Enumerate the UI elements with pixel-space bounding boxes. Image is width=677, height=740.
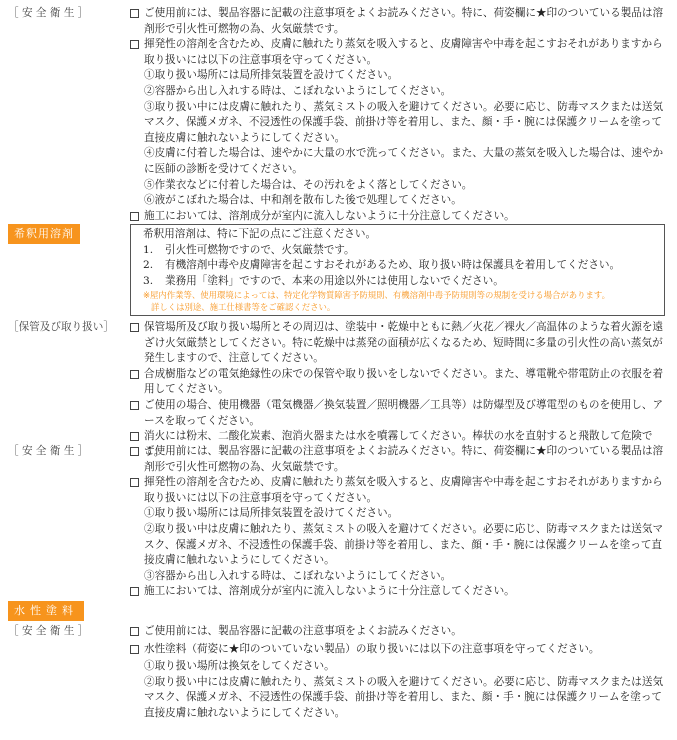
list-item: 保管場所及び取り扱い場所とその周辺は、塗装中・乾燥中ともに熱／火花／裸火／高温体… bbox=[130, 320, 671, 367]
section-tag: 水性塗料 bbox=[8, 601, 84, 621]
storage-section: ［保管及び取り扱い］ 保管場所及び取り扱い場所とその周辺は、塗装中・乾燥中ともに… bbox=[0, 320, 677, 460]
checkbox-icon bbox=[130, 367, 144, 398]
checkbox-icon bbox=[130, 584, 144, 602]
checkbox-icon bbox=[130, 624, 144, 642]
list-item: ご使用前には、製品容器に記載の注意事項をよくお読みください。特に、荷姿欄に★印の… bbox=[130, 444, 671, 475]
notice-intro: 希釈用溶剤は、特に下記の点にご注意ください。 bbox=[143, 227, 656, 243]
list-item: 揮発性の溶剤を含むため、皮膚に触れたり蒸気を吸入すると、皮膚障害や中毒を起こすお… bbox=[130, 37, 671, 68]
checkbox-icon bbox=[130, 6, 144, 37]
list-item: ご使用前には、製品容器に記載の注意事項をよくお読みください。 bbox=[130, 624, 671, 642]
sub-item: ⑤作業衣などに付着した場合は、その汚れをよく落としてください。 bbox=[130, 178, 671, 194]
sub-item: ①取り扱い場所には局所排気装置を設けてください。 bbox=[130, 68, 671, 84]
section-label: ［保管及び取り扱い］ bbox=[0, 320, 130, 336]
section-tag: 希釈用溶剤 bbox=[8, 224, 80, 244]
sub-item: ①取り扱い場所には局所排気装置を設けてください。 bbox=[130, 506, 671, 522]
checkbox-icon bbox=[130, 398, 144, 429]
section-label: ［ 安 全 衛 生 ］ bbox=[0, 444, 130, 460]
list-item: ご使用の場合、使用機器（電気機器／換気装置／照明機器／工具等）は防爆型及び導電型… bbox=[130, 398, 671, 429]
section-label: ［ 安 全 衛 生 ］ bbox=[0, 624, 130, 640]
checkbox-icon bbox=[130, 320, 144, 367]
water-based-section: 水性塗料 ［ 安 全 衛 生 ］ ご使用前には、製品容器に記載の注意事項をよくお… bbox=[0, 601, 677, 722]
checkbox-icon bbox=[130, 642, 144, 660]
list-item: 水性塗料（荷姿に★印のついていない製品）の取り扱いには以下の注意事項を守ってくだ… bbox=[130, 642, 671, 660]
thinner-section: 希釈用溶剤 希釈用溶剤は、特に下記の点にご注意ください。 1.引火性可燃物ですの… bbox=[0, 224, 677, 316]
sub-item: ③容器から出し入れする時は、こぼれないようにしてください。 bbox=[130, 569, 671, 585]
sub-item: ①取り扱い場所は換気をしてください。 bbox=[130, 659, 671, 675]
notice-point: 1.引火性可燃物ですので、火気厳禁です。 bbox=[143, 243, 656, 259]
list-item: 合成樹脂などの電気絶縁性の床での保管や取り扱いをしないでください。また、導電靴や… bbox=[130, 367, 671, 398]
safety-section-1: ［ 安 全 衛 生 ］ ご使用前には、製品容器に記載の注意事項をよくお読みくださ… bbox=[0, 6, 677, 226]
list-item: ご使用前には、製品容器に記載の注意事項をよくお読みください。特に、荷姿欄に★印の… bbox=[130, 6, 671, 37]
checkbox-icon bbox=[130, 444, 144, 475]
checkbox-icon bbox=[130, 37, 144, 68]
safety-section-2: ［ 安 全 衛 生 ］ ご使用前には、製品容器に記載の注意事項をよくお読みくださ… bbox=[0, 444, 677, 602]
sub-item: ⑥液がこぼれた場合は、中和剤を散布した後で処理してください。 bbox=[130, 193, 671, 209]
section-label: ［ 安 全 衛 生 ］ bbox=[0, 6, 130, 22]
sub-item: ②容器から出し入れする時は、こぼれないようにしてください。 bbox=[130, 84, 671, 100]
list-item: 揮発性の溶剤を含むため、皮膚に触れたり蒸気を吸入すると、皮膚障害や中毒を起こすお… bbox=[130, 475, 671, 506]
sub-item: ③取り扱い中には皮膚に触れたり、蒸気ミストの吸入を避けてください。必要に応じ、防… bbox=[130, 100, 671, 147]
checkbox-icon bbox=[130, 475, 144, 506]
notice-point: 2.有機溶剤中毒や皮膚障害を起こすおそれがあるため、取り扱い時は保護具を着用して… bbox=[143, 258, 656, 274]
sub-item: ②取り扱い中は皮膚に触れたり、蒸気ミストの吸入を避けてください。必要に応じ、防毒… bbox=[130, 522, 671, 569]
regulation-warning: ※屋内作業等、使用環境によっては、特定化学物質障害予防規則、有機溶剤中毒予防規則… bbox=[143, 289, 656, 313]
notice-box: 希釈用溶剤は、特に下記の点にご注意ください。 1.引火性可燃物ですので、火気厳禁… bbox=[130, 224, 665, 316]
sub-item: ②取り扱い中には皮膚に触れたり、蒸気ミストの吸入を避けてください。必要に応じ、防… bbox=[130, 675, 671, 722]
sub-item: ④皮膚に付着した場合は、速やかに大量の水で洗ってください。また、大量の蒸気を吸入… bbox=[130, 146, 671, 177]
notice-point: 3.業務用「塗料」ですので、本来の用途以外には使用しないでください。 bbox=[143, 274, 656, 290]
list-item: 施工においては、溶剤成分が室内に流入しないように十分注意してください。 bbox=[130, 584, 671, 602]
